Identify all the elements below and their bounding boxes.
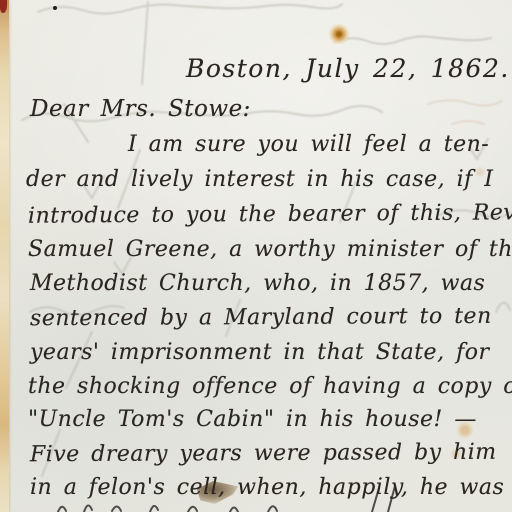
partial-bottom-line bbox=[0, 0, 512, 512]
letter-page: Boston, July 22, 1862. Dear Mrs. Stowe: … bbox=[0, 0, 512, 512]
